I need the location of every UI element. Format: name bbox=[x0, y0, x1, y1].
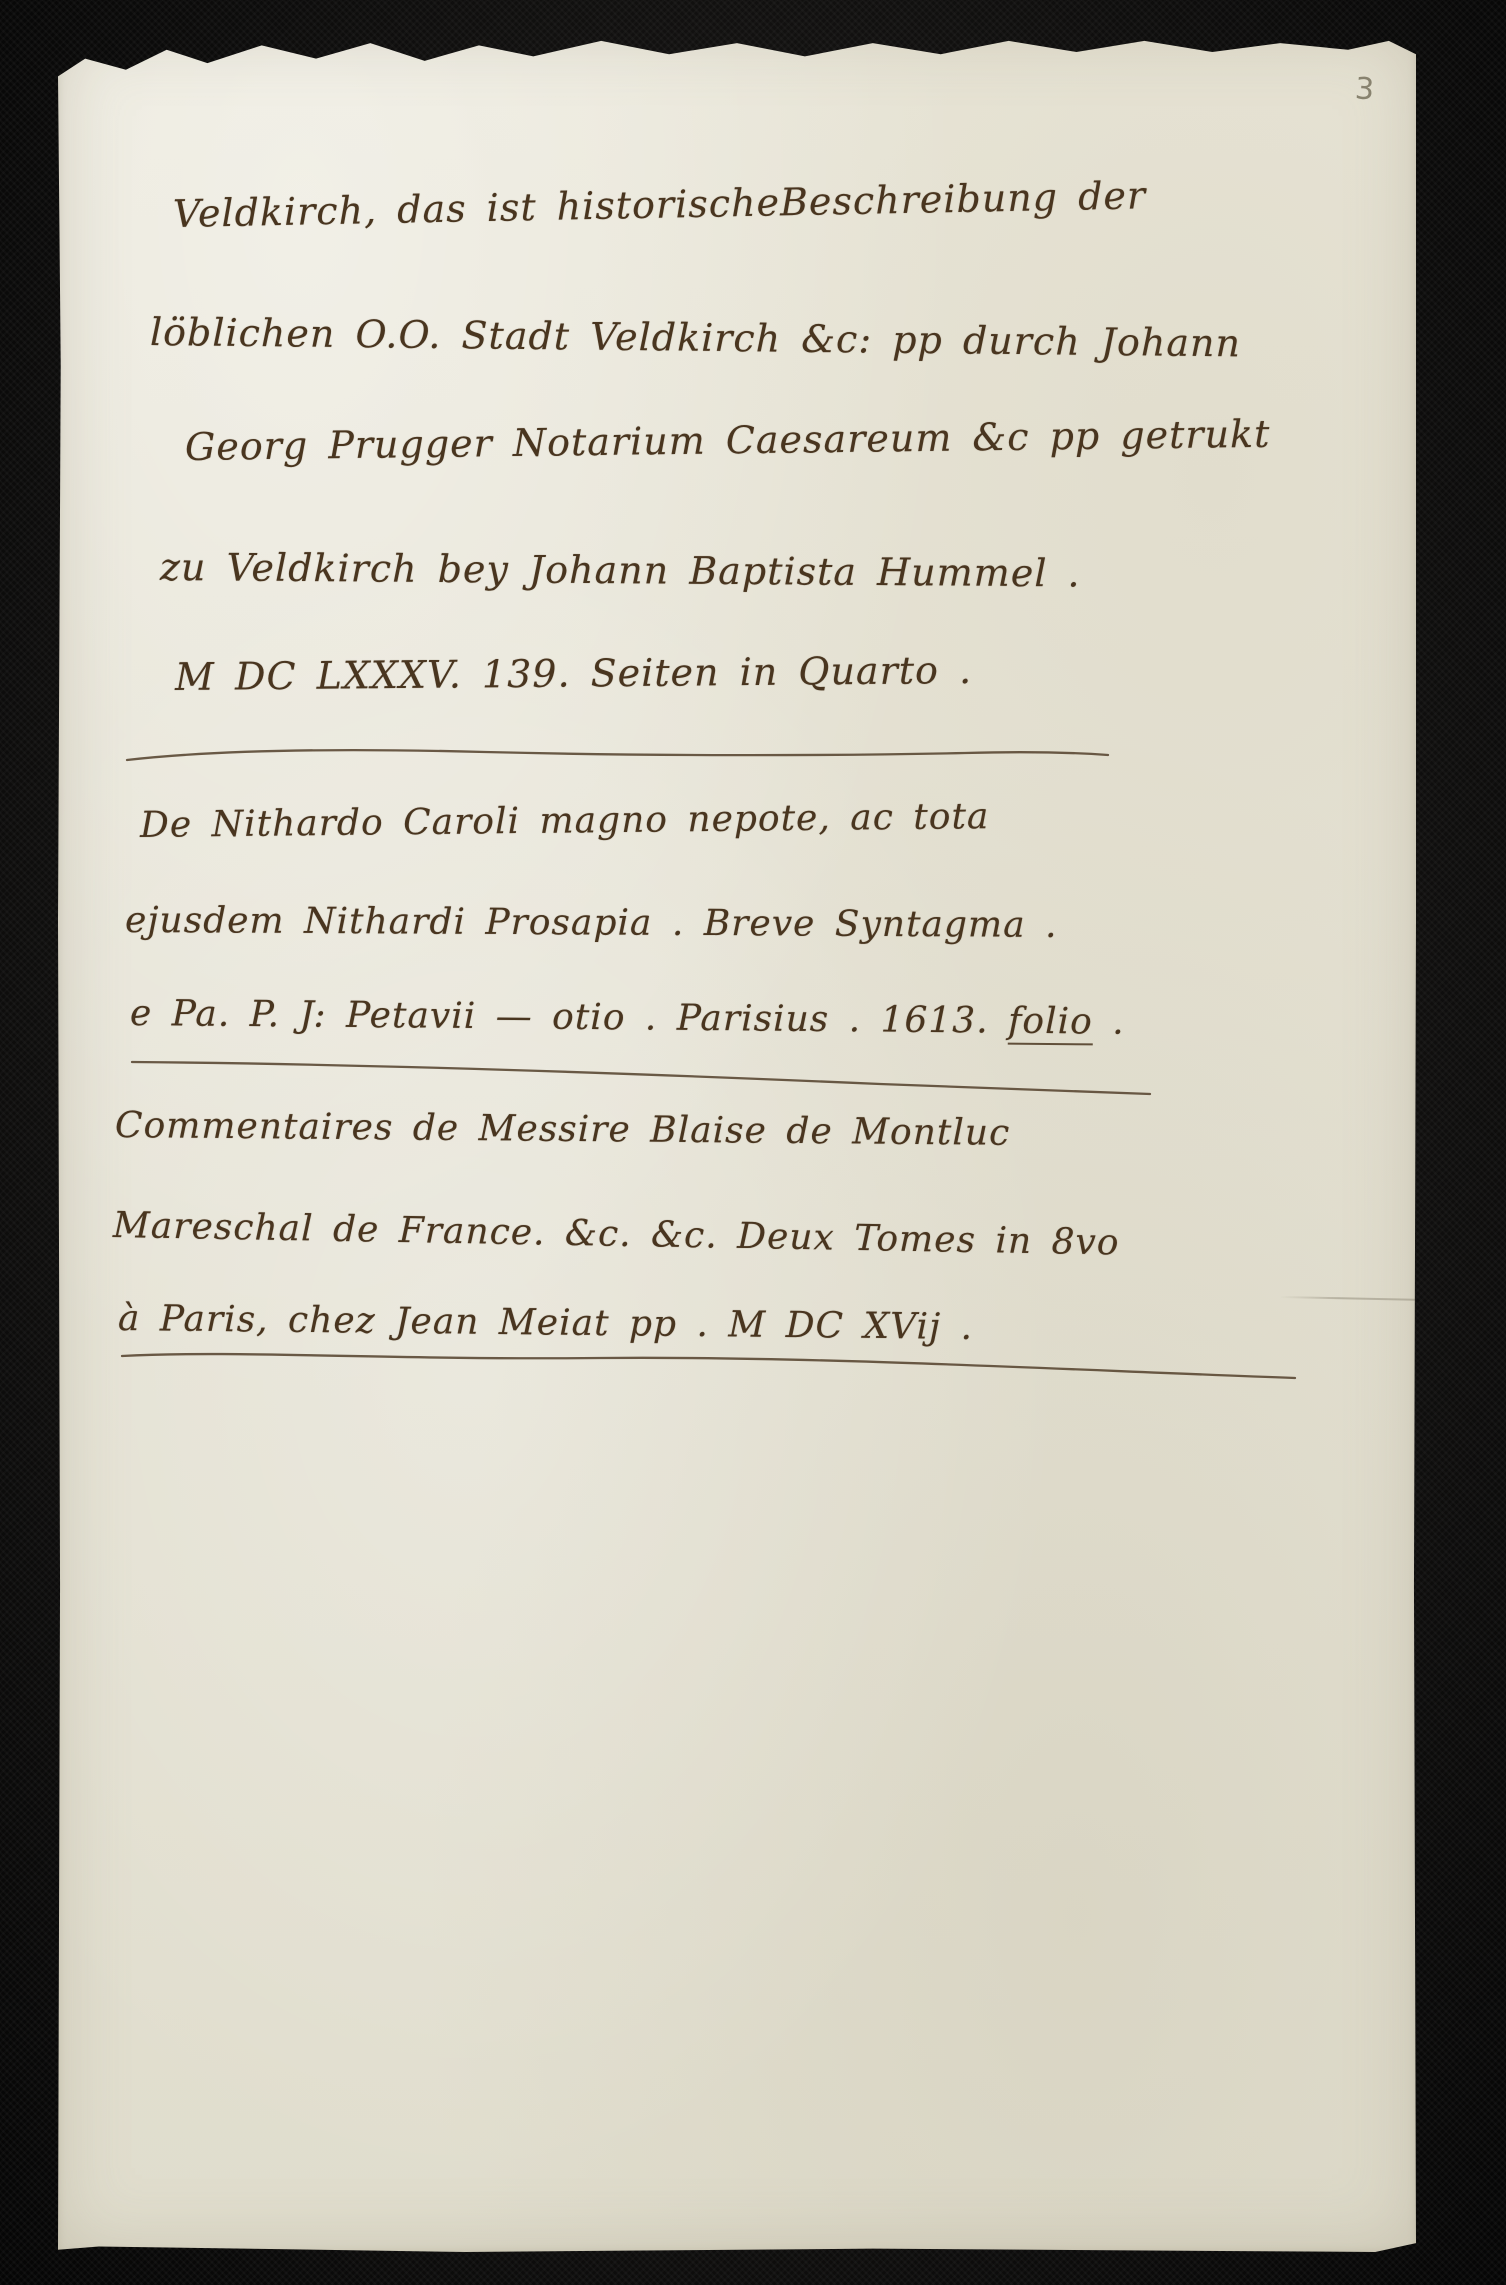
handwritten-divider bbox=[120, 1346, 1297, 1390]
manuscript-line: ejusdem Nithardi Prosapia . Breve Syntag… bbox=[125, 900, 1058, 946]
handwritten-divider bbox=[125, 742, 1110, 768]
manuscript-line: à Paris, chez Jean Meiat pp . M DC XVij … bbox=[118, 1298, 974, 1348]
manuscript-line: Commentaires de Messire Blaise de Montlu… bbox=[115, 1105, 1011, 1154]
line-text: . bbox=[1093, 1001, 1125, 1042]
manuscript-line: zu Veldkirch bey Johann Baptista Hummel … bbox=[160, 545, 1081, 595]
page-number: 3 bbox=[1354, 71, 1375, 107]
underlined-word: folio bbox=[1008, 1001, 1093, 1046]
line-text: e Pa. P. J: Petavii — otio . Parisius . … bbox=[130, 993, 1008, 1042]
manuscript-photo: 3 Veldkirch, das ist historischeBeschrei… bbox=[0, 0, 1506, 2285]
manuscript-line: Mareschal de France. &c. &c. Deux Tomes … bbox=[113, 1205, 1120, 1264]
manuscript-line: löblichen O.O. Stadt Veldkirch &c: pp du… bbox=[150, 310, 1241, 365]
manuscript-line: Veldkirch, das ist historischeBeschreibu… bbox=[173, 173, 1147, 236]
manuscript-line: M DC LXXXV. 139. Seiten in Quarto . bbox=[175, 648, 972, 699]
manuscript-line: De Nithardo Caroli magno nepote, ac tota bbox=[140, 796, 990, 846]
handwritten-divider bbox=[130, 1052, 1152, 1102]
manuscript-page: 3 Veldkirch, das ist historischeBeschrei… bbox=[58, 32, 1416, 2252]
manuscript-line: Georg Prugger Notarium Caesareum &c pp g… bbox=[185, 412, 1271, 469]
manuscript-line: e Pa. P. J: Petavii — otio . Parisius . … bbox=[130, 993, 1125, 1043]
